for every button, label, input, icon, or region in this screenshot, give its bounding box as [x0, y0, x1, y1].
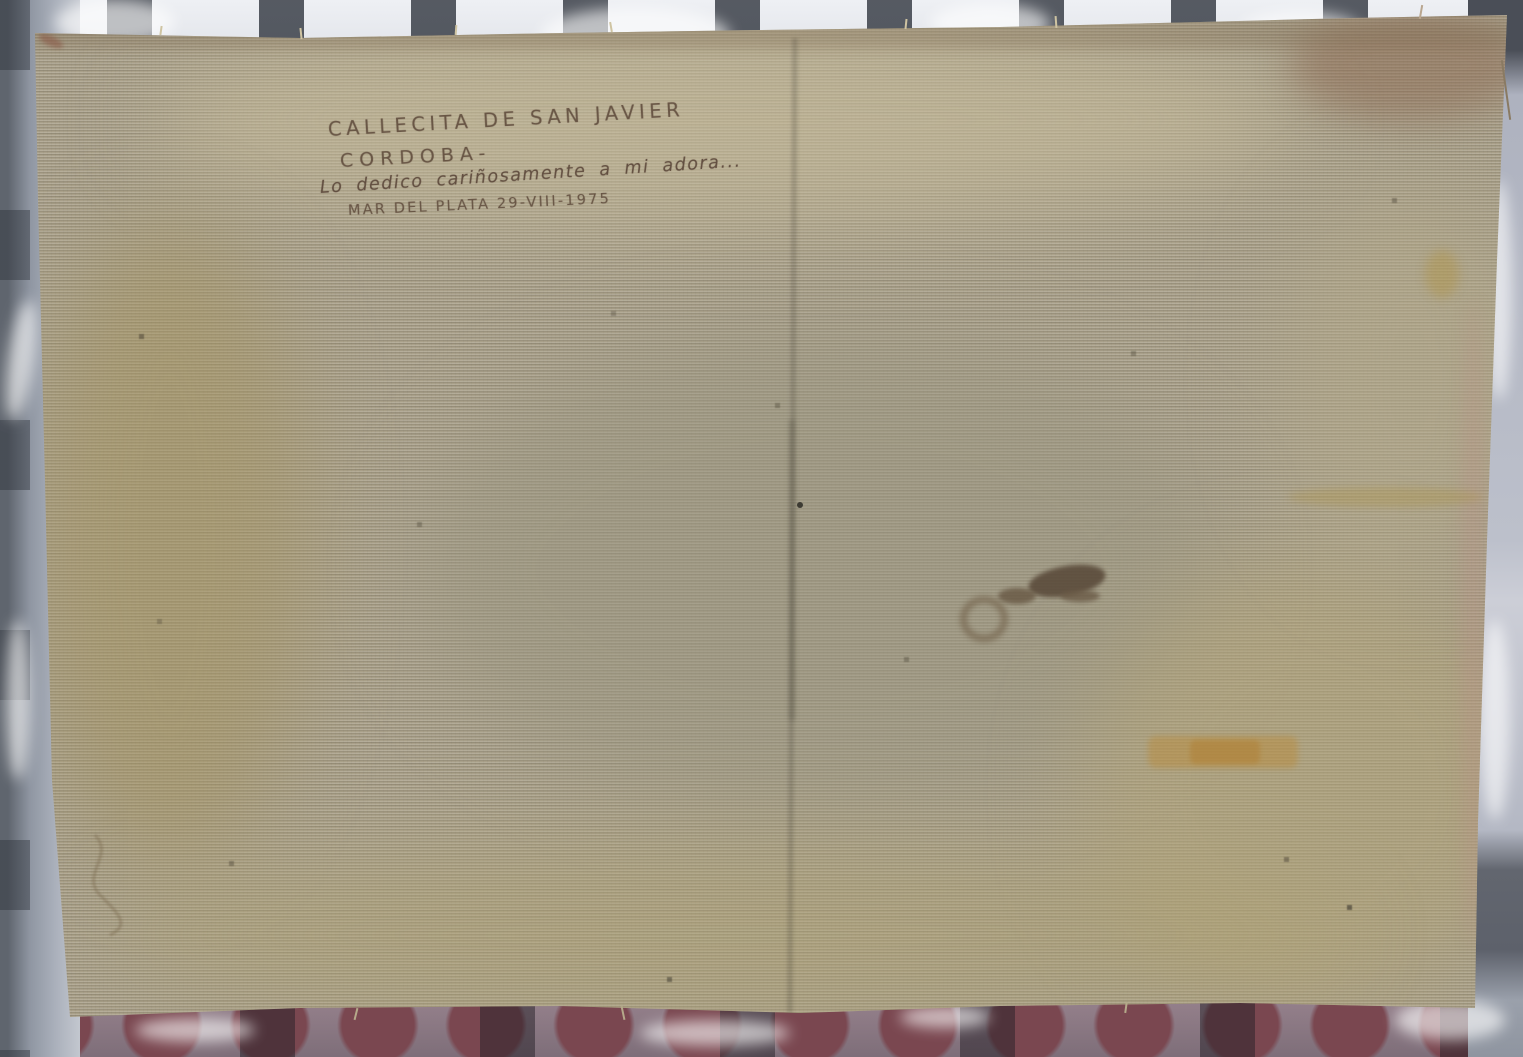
- inscription-city-line: CORDOBA-: [339, 142, 491, 172]
- photo-canvas-verso: CALLECITA DE SAN JAVIER CORDOBA- Lo dedi…: [0, 0, 1523, 1057]
- bubble-wrap-glare: [900, 1006, 990, 1028]
- right-edge-stain: [1425, 250, 1459, 298]
- canvas-tonal-variation: [1280, 180, 1523, 580]
- bubble-wrap-glare: [135, 1018, 255, 1042]
- bubble-wrap-glare: [6, 620, 30, 780]
- vertical-fold-crease-dark: [789, 420, 795, 720]
- dark-stain-small: [998, 588, 1036, 604]
- inscription-title-line: CALLECITA DE SAN JAVIER: [327, 98, 684, 141]
- squiggle-crease-mark: [75, 830, 145, 940]
- tan-smear-stain: [1288, 487, 1483, 507]
- canvas-back: CALLECITA DE SAN JAVIER CORDOBA- Lo dedi…: [0, 0, 1523, 1057]
- orange-stain-core: [1190, 740, 1260, 764]
- ring-stain: [960, 596, 1008, 642]
- inscription-date-line: MAR DEL PLATA 29-VIII-1975: [348, 191, 612, 219]
- bubble-wrap-glare: [1480, 620, 1510, 820]
- dark-stain-shadow: [1060, 590, 1100, 602]
- canvas-tonal-variation: [100, 840, 1350, 1030]
- canvas-tonal-variation: [30, 220, 310, 870]
- handwritten-inscription: CALLECITA DE SAN JAVIER CORDOBA- Lo dedi…: [318, 102, 798, 247]
- black-speck: [797, 502, 803, 508]
- bubble-wrap-glare: [640, 1020, 790, 1046]
